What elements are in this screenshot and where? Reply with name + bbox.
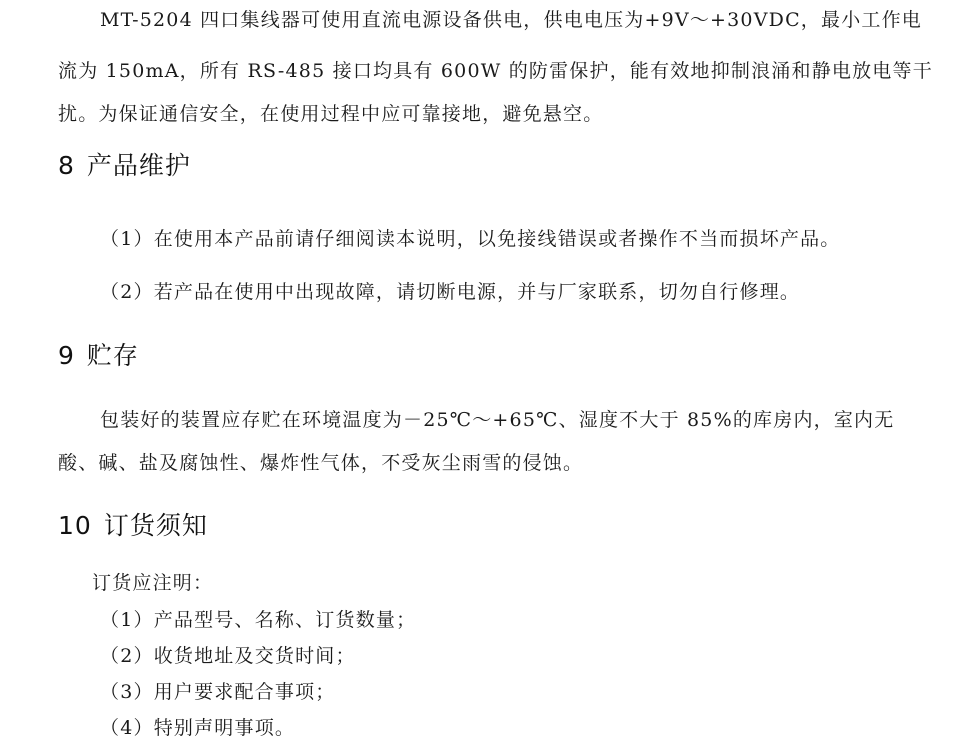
section-title: 产品维护 [87, 151, 191, 180]
section-number: 9 [58, 341, 75, 370]
section-heading-storage: 9贮存 [58, 340, 139, 372]
section-heading-maintenance: 8产品维护 [58, 150, 191, 182]
maintenance-item-2: （2）若产品在使用中出现故障，请切断电源，并与厂家联系，切勿自行修理。 [100, 279, 800, 305]
storage-line-2: 酸、碱、盐及腐蚀性、爆炸性气体，不受灰尘雨雪的侵蚀。 [58, 450, 583, 476]
intro-line-2: 流为 150mA，所有 RS-485 接口均具有 600W 的防雷保护，能有效地… [58, 58, 933, 84]
ordering-item-3: （3）用户要求配合事项； [100, 679, 336, 705]
section-title: 订货须知 [104, 511, 208, 540]
ordering-item-2: （2）收货地址及交货时间； [100, 643, 356, 669]
ordering-item-4: （4）特别声明事项。 [100, 715, 295, 741]
maintenance-item-1: （1）在使用本产品前请仔细阅读本说明，以免接线错误或者操作不当而损坏产品。 [100, 226, 841, 252]
section-heading-ordering: 10订货须知 [58, 510, 208, 542]
intro-line-3: 扰。为保证通信安全，在使用过程中应可靠接地，避免悬空。 [58, 101, 603, 127]
intro-line-1: MT-5204 四口集线器可使用直流电源设备供电，供电电压为+9V～+30VDC… [100, 7, 922, 33]
ordering-intro: 订货应注明： [92, 570, 213, 596]
section-title: 贮存 [87, 341, 139, 370]
storage-line-1: 包装好的装置应存贮在环境温度为－25℃～+65℃、湿度不大于 85%的库房内，室… [100, 407, 894, 433]
ordering-item-1: （1）产品型号、名称、订货数量； [100, 607, 416, 633]
section-number: 8 [58, 151, 75, 180]
document-page: MT-5204 四口集线器可使用直流电源设备供电，供电电压为+9V～+30VDC… [0, 0, 960, 754]
section-number: 10 [58, 511, 92, 540]
